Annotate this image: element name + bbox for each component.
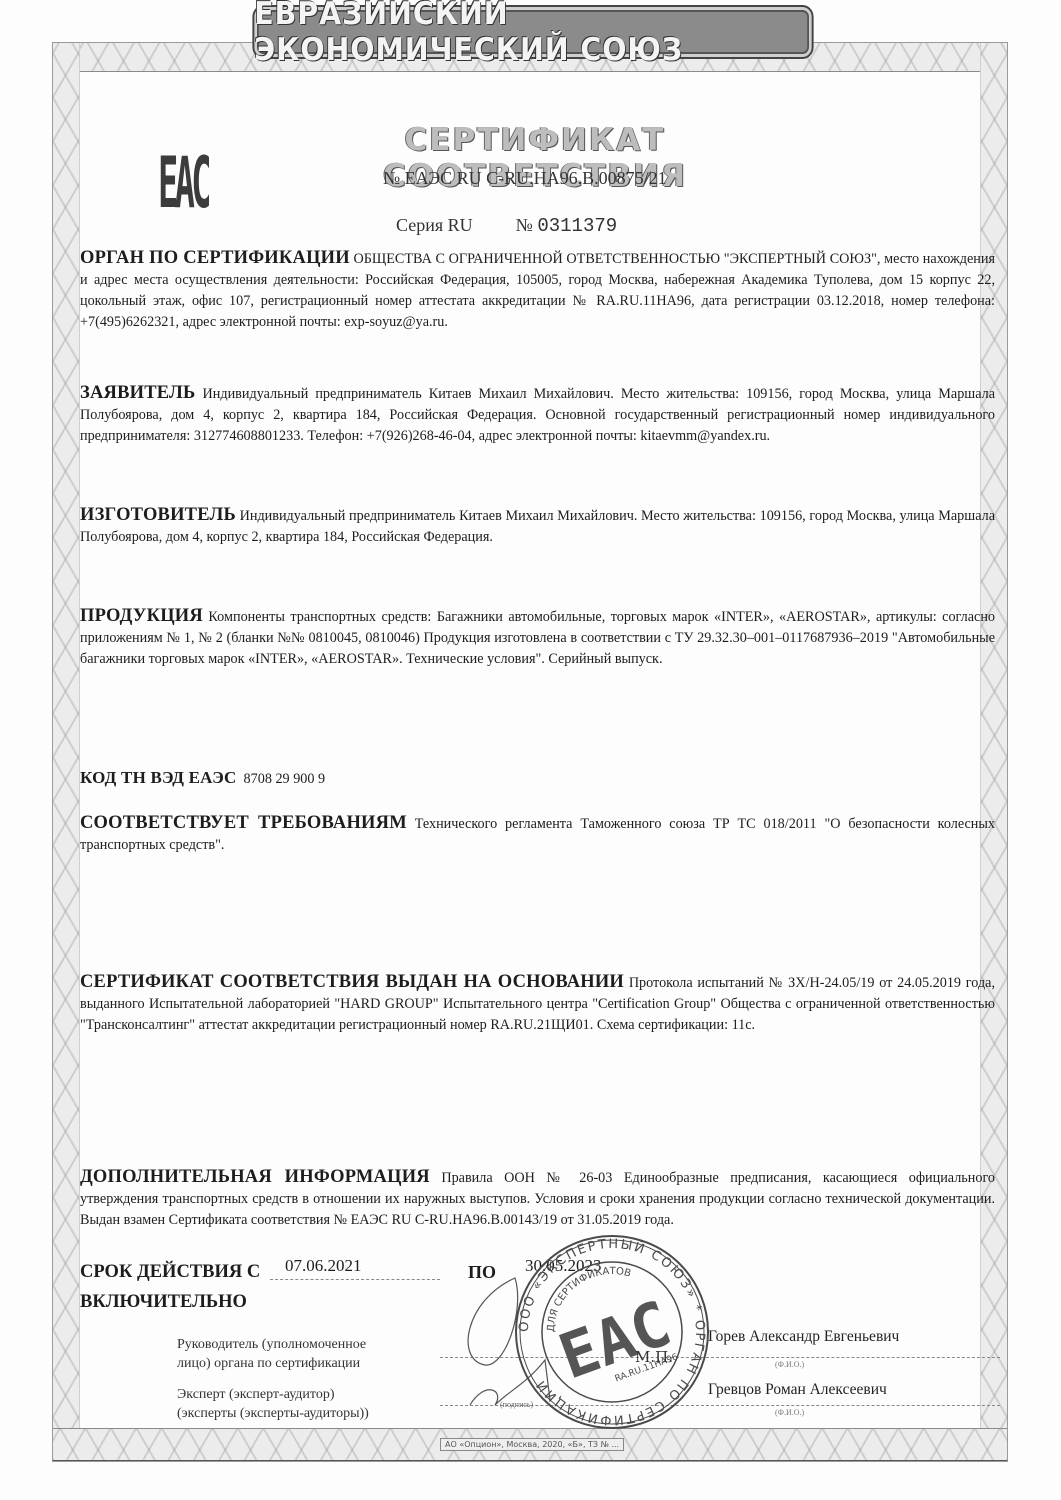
head-label-line2: лицо) органа по сертификации (177, 1354, 366, 1373)
applicant-heading: ЗАЯВИТЕЛЬ (80, 383, 195, 403)
basis-heading: СЕРТИФИКАТ СООТВЕТСТВИЯ ВЫДАН НА ОСНОВАН… (80, 972, 624, 992)
eac-logo-icon: EAC (158, 153, 195, 231)
additional-heading: ДОПОЛНИТЕЛЬНАЯ ИНФОРМАЦИЯ (80, 1167, 430, 1187)
product-heading: ПРОДУКЦИЯ (80, 606, 203, 626)
section-additional: ДОПОЛНИТЕЛЬНАЯ ИНФОРМАЦИЯ Правила ООН № … (80, 1167, 995, 1231)
section-basis: СЕРТИФИКАТ СООТВЕТСТВИЯ ВЫДАН НА ОСНОВАН… (80, 972, 995, 1036)
expert-name: Гревцов Роман Алексеевич (708, 1381, 887, 1399)
product-text: Компоненты транспортных средств: Багажни… (80, 609, 995, 667)
head-fio-caption: (Ф.И.О.) (775, 1360, 804, 1369)
applicant-text: Индивидуальный предприниматель Китаев Ми… (80, 386, 995, 444)
conforms-heading: СООТВЕТСТВУЕТ ТРЕБОВАНИЯМ (80, 813, 407, 833)
expert-fio-caption: (Ф.И.О.) (775, 1408, 804, 1417)
blank-number-value: 0311379 (537, 215, 617, 237)
section-organ: ОРГАН ПО СЕРТИФИКАЦИИ ОБЩЕСТВА С ОГРАНИЧ… (80, 248, 995, 333)
head-label: Руководитель (уполномоченное лицо) орган… (177, 1335, 366, 1373)
svg-text:М.П.: М.П. (635, 1348, 673, 1366)
section-product: ПРОДУКЦИЯ Компоненты транспортных средст… (80, 606, 995, 670)
organ-heading: ОРГАН ПО СЕРТИФИКАЦИИ (80, 248, 350, 268)
series-value: RU (448, 215, 473, 235)
section-applicant: ЗАЯВИТЕЛЬ Индивидуальный предприниматель… (80, 383, 995, 447)
cert-number-label: № ЕАЭС (383, 168, 452, 188)
head-name: Горев Александр Евгеньевич (708, 1328, 899, 1346)
validity-block: СРОК ДЕЙСТВИЯ С 07.06.2021 ПО 30.05.2023… (80, 1262, 260, 1283)
print-info: АО «Опцион», Москва, 2020, «Б», ТЗ № ... (440, 1438, 624, 1451)
series-line: Серия RU № 0311379 (396, 215, 617, 237)
blank-number-label: № (516, 215, 533, 235)
tn-ved-code: 8708 29 900 9 (244, 771, 326, 787)
section-manufacturer: ИЗГОТОВИТЕЛЬ Индивидуальный предпринимат… (80, 505, 995, 548)
certificate-number: № ЕАЭС RU C-RU.НА96.В.00875/21 (383, 168, 667, 189)
validity-inclusive-label: ВКЛЮЧИТЕЛЬНО (80, 1292, 247, 1313)
section-conforms: СООТВЕТСТВУЕТ ТРЕБОВАНИЯМ Технического р… (80, 813, 995, 856)
expert-label-line2: (эксперты (эксперты-аудиторы)) (177, 1404, 369, 1423)
manufacturer-heading: ИЗГОТОВИТЕЛЬ (80, 505, 236, 525)
cert-number-value: RU C-RU.НА96.В.00875/21 (457, 168, 667, 188)
validity-from-label: СРОК ДЕЙСТВИЯ С (80, 1262, 260, 1282)
validity-from-date: 07.06.2021 (285, 1256, 415, 1276)
series-label: Серия (396, 215, 443, 235)
seal-stamp-icon: ООО «ЭКСПЕРТНЫЙ СОЮЗ» * ОРГАН ПО СЕРТИФИ… (512, 1232, 712, 1432)
section-tn-ved: КОД ТН ВЭД ЕАЭС 8708 29 900 9 (80, 767, 995, 790)
union-banner: ЕВРАЗИЙСКИЙ ЭКОНОМИЧЕСКИЙ СОЮЗ (252, 5, 813, 59)
head-label-line1: Руководитель (уполномоченное (177, 1335, 366, 1354)
tn-ved-heading: КОД ТН ВЭД ЕАЭС (80, 768, 236, 787)
expert-label: Эксперт (эксперт-аудитор) (эксперты (экс… (177, 1385, 369, 1423)
expert-label-line1: Эксперт (эксперт-аудитор) (177, 1385, 369, 1404)
